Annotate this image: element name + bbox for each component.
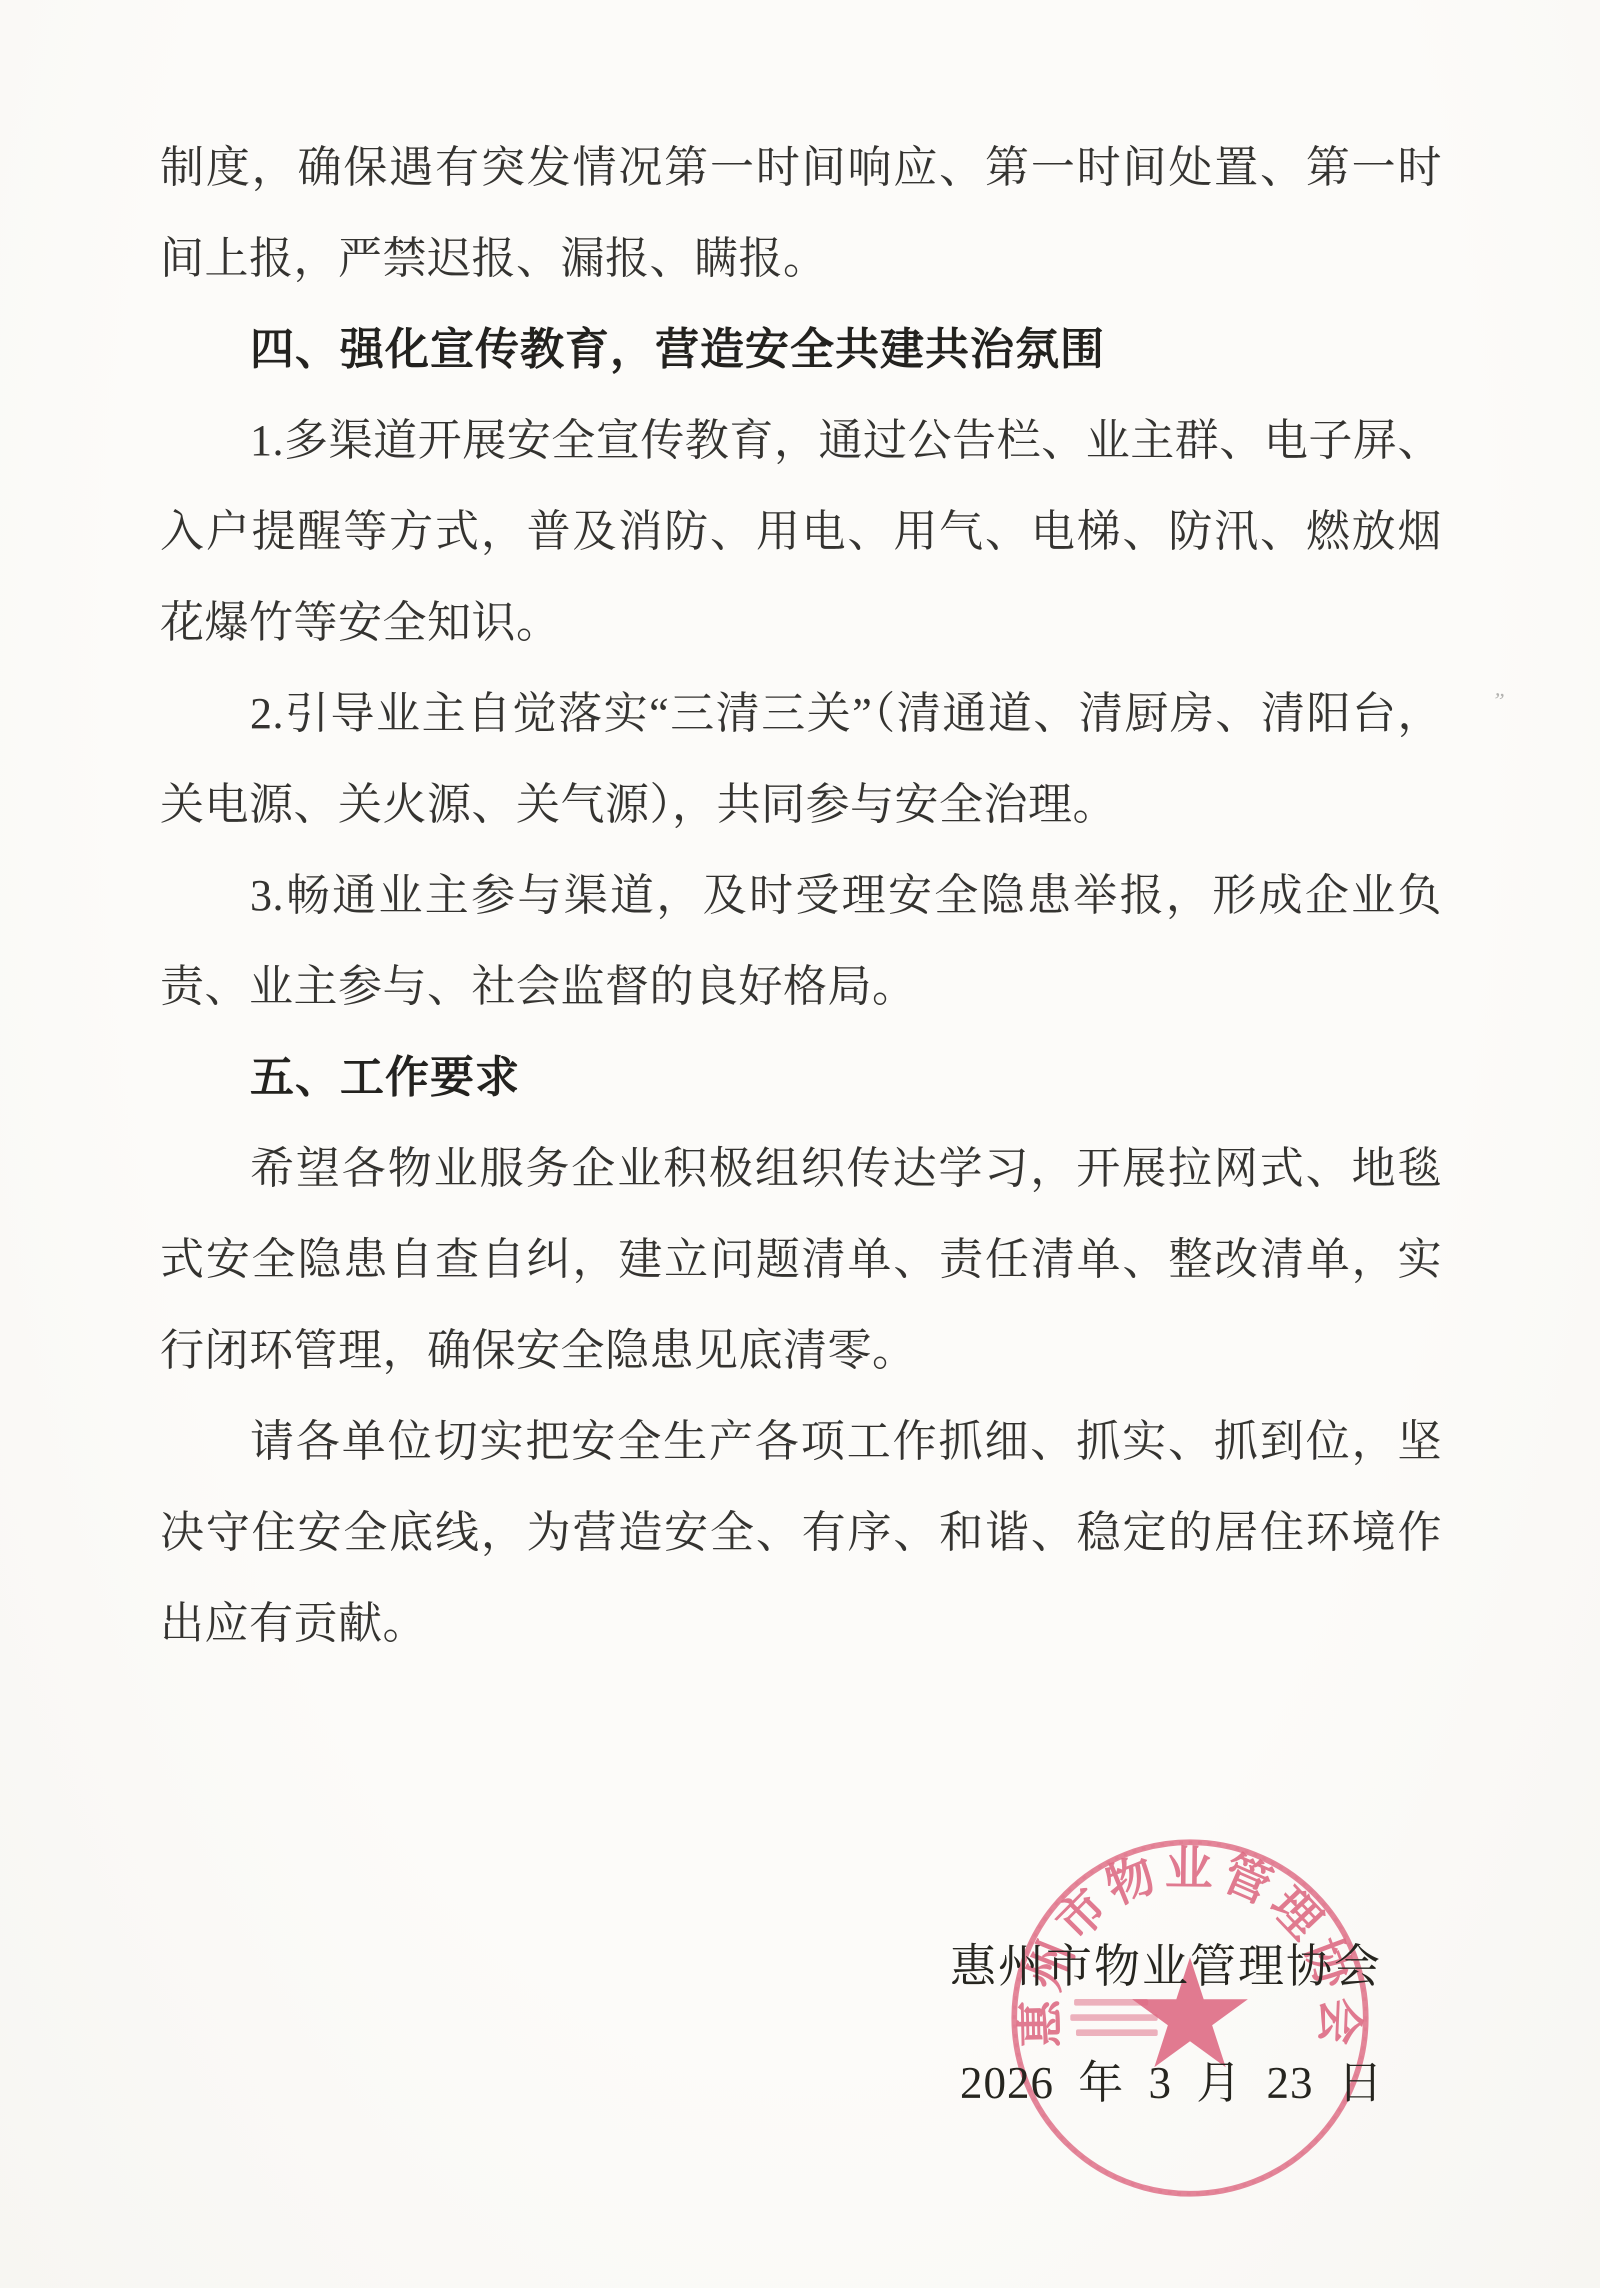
paragraph-item-1: 1.多渠道开展安全宣传教育，通过公告栏、业主群、电子屏、入户提醒等方式，普及消防… bbox=[160, 395, 1442, 668]
scanned-document-page: 制度，确保遇有突发情况第一时间响应、第一时间处置、第一时间上报，严禁迟报、漏报、… bbox=[0, 0, 1600, 2288]
section-heading-five: 五、工作要求 bbox=[160, 1032, 1442, 1123]
paragraph-closing: 请各单位切实把安全生产各项工作抓细、抓实、抓到位，坚决守住安全底线，为营造安全、… bbox=[160, 1396, 1442, 1669]
paragraph-item-3: 3.畅通业主参与渠道，及时受理安全隐患举报，形成企业负责、业主参与、社会监督的良… bbox=[160, 850, 1442, 1032]
seal-inner-marks bbox=[1070, 1999, 1157, 2036]
signature-date: 2026 年 3 月 23 日 bbox=[960, 2046, 1384, 2111]
paragraph-requirement: 希望各物业服务企业积极组织传达学习，开展拉网式、地毯式安全隐患自查自纠，建立问题… bbox=[160, 1123, 1442, 1396]
paragraph-item-2: 2.引导业主自觉落实“三清三关”（清通道、清厨房、清阳台，关电源、关火源、关气源… bbox=[160, 668, 1442, 850]
paragraph-continued: 制度，确保遇有突发情况第一时间响应、第一时间处置、第一时间上报，严禁迟报、漏报、… bbox=[160, 122, 1442, 304]
section-heading-four: 四、强化宣传教育，营造安全共建共治氛围 bbox=[160, 304, 1442, 395]
scan-artifact-mark: ” bbox=[1492, 687, 1505, 714]
official-red-seal: 惠州市物业管理协会 bbox=[1000, 1828, 1380, 2208]
document-body: 制度，确保遇有突发情况第一时间响应、第一时间处置、第一时间上报，严禁迟报、漏报、… bbox=[160, 122, 1442, 1669]
signature-organization: 惠州市物业管理协会 bbox=[950, 1930, 1382, 1996]
